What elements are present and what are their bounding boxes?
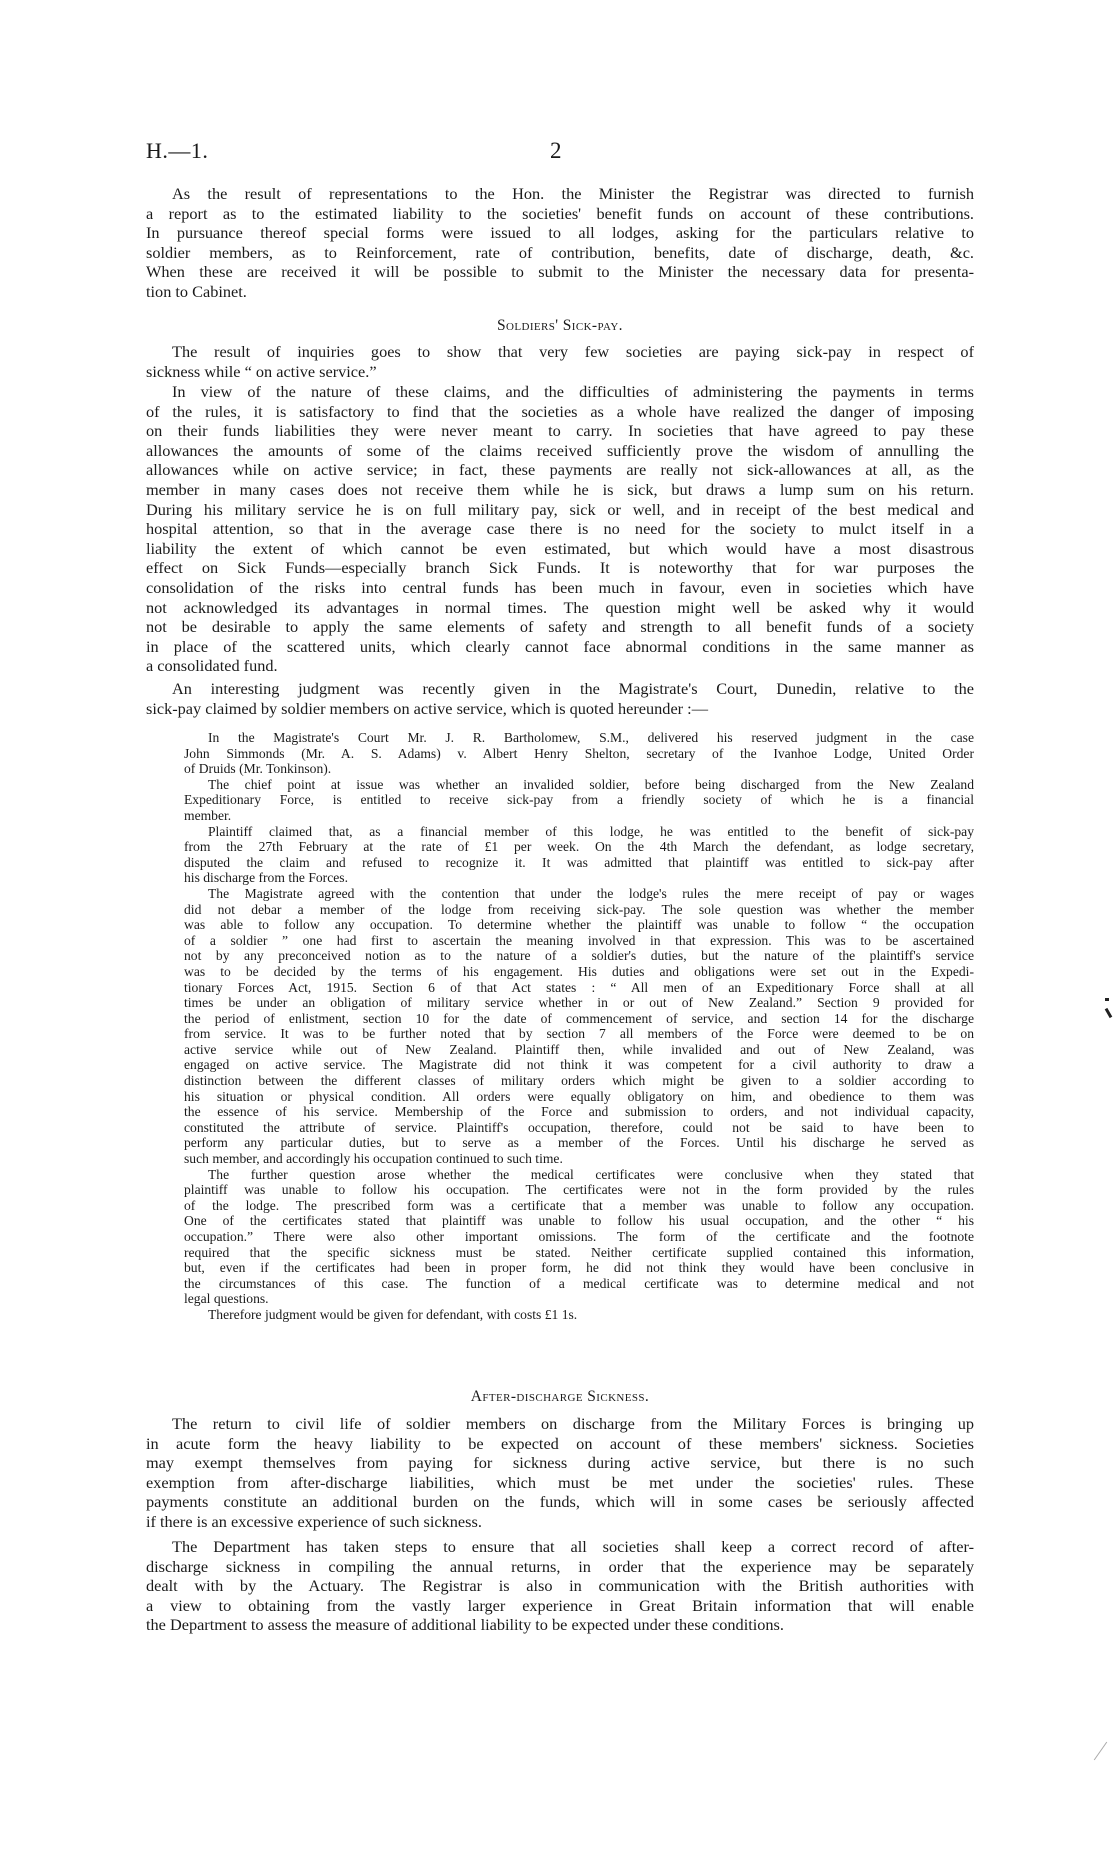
- quote-line: Expeditionary Force, is entitled to rece…: [184, 792, 974, 808]
- text-line: discharge sickness in compiling the annu…: [146, 1557, 974, 1577]
- text-line: In pursuance thereof special forms were …: [146, 223, 974, 243]
- document-series-label: H.—1.: [146, 138, 208, 164]
- text-line: not acknowledged its advantages in norma…: [146, 598, 974, 618]
- quote-line: member.: [184, 808, 974, 824]
- text-line: sickness while “ on active service.”: [146, 362, 974, 382]
- quote-line: The Magistrate agreed with the contentio…: [184, 886, 974, 902]
- text-line: The Department has taken steps to ensure…: [146, 1537, 974, 1557]
- scan-speck: [1105, 998, 1109, 1001]
- text-line: if there is an excessive experience of s…: [146, 1512, 974, 1532]
- text-line: An interesting judgment was recently giv…: [146, 679, 974, 699]
- text-line: exemption from after-discharge liabiliti…: [146, 1473, 974, 1493]
- quote-line: The further question arose whether the m…: [184, 1167, 974, 1183]
- quote-line: Therefore judgment would be given for de…: [184, 1307, 974, 1323]
- section-heading-after-discharge-sickness: After-discharge Sickness.: [146, 1388, 974, 1406]
- text-line: When these are received it will be possi…: [146, 262, 974, 282]
- text-line: effect on Sick Funds—especially branch S…: [146, 558, 974, 578]
- text-line: The result of inquiries goes to show tha…: [146, 342, 974, 362]
- text-line: The return to civil life of soldier memb…: [146, 1414, 974, 1434]
- quote-line: tionary Forces Act, 1915. Section 6 of t…: [184, 980, 974, 996]
- quote-line: constituted the attribute of service. Pl…: [184, 1120, 974, 1136]
- quote-line: In the Magistrate's Court Mr. J. R. Bart…: [184, 730, 974, 746]
- quoted-judgment: In the Magistrate's Court Mr. J. R. Bart…: [184, 730, 974, 1323]
- text-line: In view of the nature of these claims, a…: [146, 382, 974, 402]
- text-line: the Department to assess the measure of …: [146, 1615, 974, 1635]
- text-line: on their funds liabilities they were nev…: [146, 421, 974, 441]
- text-line: liability the extent of which cannot be …: [146, 539, 974, 559]
- quote-line: was to be decided by the terms of his en…: [184, 964, 974, 980]
- quote-line: his discharge from the Forces.: [184, 870, 974, 886]
- quote-line: but, even if the certificates had been i…: [184, 1260, 974, 1276]
- quote-line: the circumstances of this case. The func…: [184, 1276, 974, 1292]
- text-line: hospital attention, so that in the avera…: [146, 519, 974, 539]
- document-page: H.—1. 2 As the result of representations…: [0, 0, 1114, 1864]
- quote-line: John Simmonds (Mr. A. S. Adams) v. Alber…: [184, 746, 974, 762]
- scan-speck: [1094, 1742, 1107, 1761]
- quote-line: his situation or physical condition. All…: [184, 1089, 974, 1105]
- text-line: may exempt themselves from paying for si…: [146, 1453, 974, 1473]
- text-line: a view to obtaining from the vastly larg…: [146, 1596, 974, 1616]
- quote-line: of the lodge. The prescribed form was a …: [184, 1198, 974, 1214]
- quote-line: required that the specific sickness must…: [184, 1245, 974, 1261]
- text-line: in acute form the heavy liability to be …: [146, 1434, 974, 1454]
- quote-line: disputed the claim and refused to recogn…: [184, 855, 974, 871]
- text-line: a consolidated fund.: [146, 656, 974, 676]
- quote-line: of a soldier ” one had first to ascertai…: [184, 933, 974, 949]
- quote-line: engaged on active service. The Magistrat…: [184, 1057, 974, 1073]
- text-line: member in many cases does not receive th…: [146, 480, 974, 500]
- text-line: As the result of representations to the …: [146, 184, 974, 204]
- quote-line: such member, and accordingly his occupat…: [184, 1151, 974, 1167]
- text-line: During his military service he is on ful…: [146, 500, 974, 520]
- quote-line: the period of enlistment, section 10 for…: [184, 1011, 974, 1027]
- quote-line: times be under an obligation of military…: [184, 995, 974, 1011]
- text-line: consolidation of the risks into central …: [146, 578, 974, 598]
- quote-line: was able to follow any occupation. To de…: [184, 917, 974, 933]
- text-line: allowances the amounts of some of the cl…: [146, 441, 974, 461]
- quote-line: of Druids (Mr. Tonkinson).: [184, 761, 974, 777]
- text-line: allowances while on active service; in f…: [146, 460, 974, 480]
- text-line: of the rules, it is satisfactory to find…: [146, 402, 974, 422]
- sick-pay-paragraph-3: An interesting judgment was recently giv…: [146, 679, 974, 718]
- sick-pay-paragraph-2: In view of the nature of these claims, a…: [146, 382, 974, 676]
- quote-line: not by any preconceived notion as to the…: [184, 948, 974, 964]
- quote-line: distinction between the different classe…: [184, 1073, 974, 1089]
- quote-line: the essence of his service. Membership o…: [184, 1104, 974, 1120]
- quote-line: legal questions.: [184, 1291, 974, 1307]
- page-number: 2: [550, 138, 562, 164]
- quote-line: active service while out of New Zealand.…: [184, 1042, 974, 1058]
- quote-line: from service. It was to be further noted…: [184, 1026, 974, 1042]
- text-line: dealt with by the Actuary. The Registrar…: [146, 1576, 974, 1596]
- text-line: in place of the scattered units, which c…: [146, 637, 974, 657]
- text-line: not be desirable to apply the same eleme…: [146, 617, 974, 637]
- intro-paragraph: As the result of representations to the …: [146, 184, 974, 302]
- text-line: soldier members, as to Reinforcement, ra…: [146, 243, 974, 263]
- text-line: sick-pay claimed by soldier members on a…: [146, 699, 974, 719]
- quote-line: One of the certificates stated that plai…: [184, 1213, 974, 1229]
- quote-line: plaintiff was unable to follow his occup…: [184, 1182, 974, 1198]
- scan-speck: [1105, 1008, 1113, 1018]
- quote-line: from the 27th February at the rate of £1…: [184, 839, 974, 855]
- quote-line: did not debar a member of the lodge from…: [184, 902, 974, 918]
- quote-line: perform any particular duties, but to se…: [184, 1135, 974, 1151]
- section-heading-soldiers-sick-pay: Soldiers' Sick-pay.: [146, 317, 974, 335]
- text-line: a report as to the estimated liability t…: [146, 204, 974, 224]
- quote-line: Plaintiff claimed that, as a financial m…: [184, 824, 974, 840]
- after-discharge-paragraph-2: The Department has taken steps to ensure…: [146, 1537, 974, 1635]
- quote-line: occupation.” There were also other impor…: [184, 1229, 974, 1245]
- text-line: payments constitute an additional burden…: [146, 1492, 974, 1512]
- quote-line: The chief point at issue was whether an …: [184, 777, 974, 793]
- sick-pay-paragraph-1: The result of inquiries goes to show tha…: [146, 342, 974, 381]
- text-line: tion to Cabinet.: [146, 282, 974, 302]
- after-discharge-paragraph-1: The return to civil life of soldier memb…: [146, 1414, 974, 1532]
